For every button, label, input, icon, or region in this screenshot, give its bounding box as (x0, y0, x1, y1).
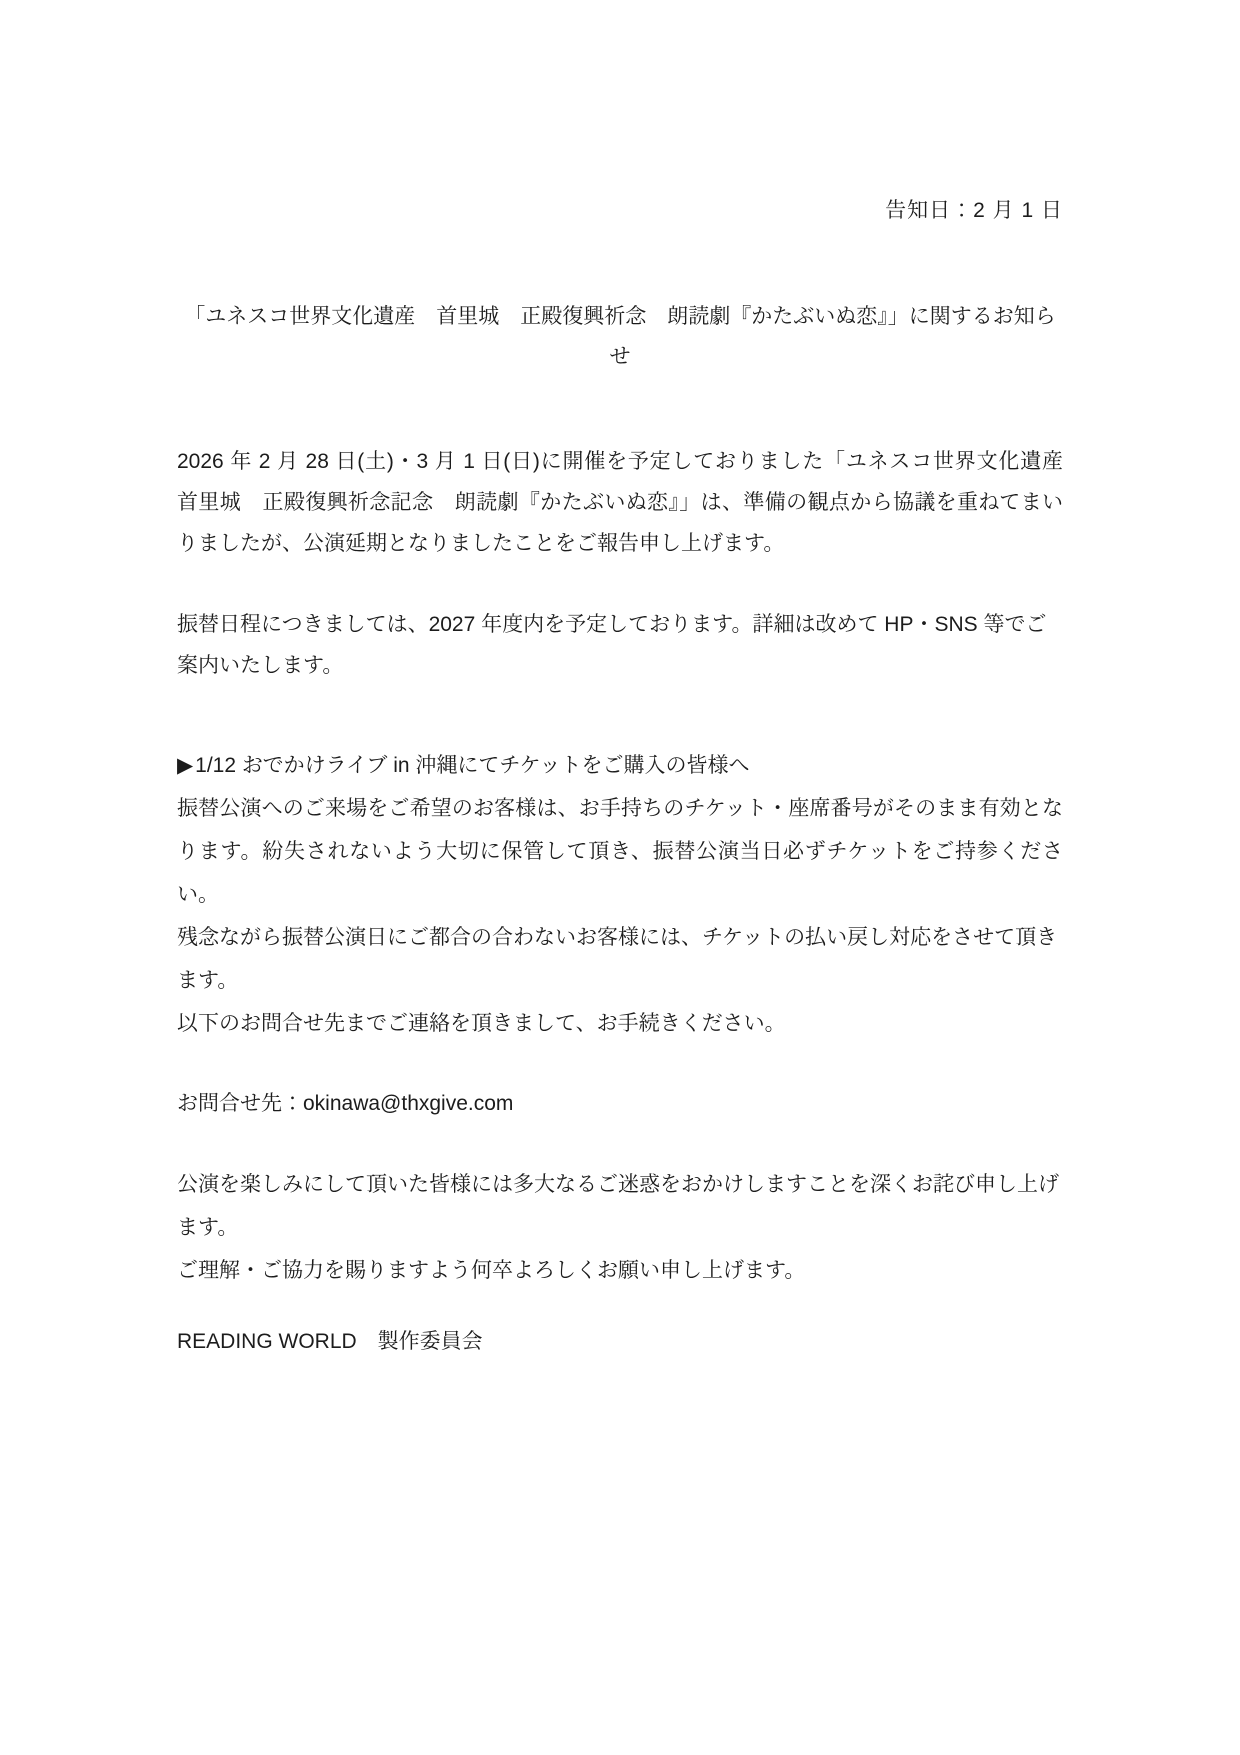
section-heading-text: 1/12 おでかけライブ in 沖縄にてチケットをご購入の皆様へ (195, 754, 749, 777)
contact-label: お問合せ先： (177, 1092, 303, 1115)
paragraph-postponement: 2026 年 2 月 28 日(土)・3 月 1 日(日)に開催を予定しておりま… (177, 441, 1063, 564)
triangle-marker-icon: ▶ (177, 754, 193, 777)
apology-line-1: 公演を楽しみにして頂いた皆様には多大なるご迷惑をおかけしますことを深くお詫び申し… (177, 1163, 1063, 1249)
apology-line-2: ご理解・ご協力を賜りますよう何卒よろしくお願い申し上げます。 (177, 1249, 1063, 1292)
ticket-info-line-validity: 振替公演へのご来場をご希望のお客様は、お手持ちのチケット・座席番号がそのまま有効… (177, 787, 1063, 916)
document-title: 「ユネスコ世界文化遺産 首里城 正殿復興祈念 朗読劇『かたぶいぬ恋』」に関するお… (177, 297, 1063, 377)
section-heading: ▶1/12 おでかけライブ in 沖縄にてチケットをご購入の皆様へ (177, 744, 1063, 787)
contact-email: okinawa@thxgive.com (303, 1092, 513, 1115)
signature: READING WORLD 製作委員会 (177, 1320, 1063, 1363)
paragraph-reschedule: 振替日程につきましては、2027 年度内を予定しております。詳細は改めて HP・… (177, 604, 1063, 686)
announce-date: 告知日：2 月 1 日 (177, 190, 1063, 231)
ticket-info-line-refund: 残念ながら振替公演日にご都合の合わないお客様には、チケットの払い戻し対応をさせて… (177, 916, 1063, 1002)
document-page: 告知日：2 月 1 日 「ユネスコ世界文化遺産 首里城 正殿復興祈念 朗読劇『か… (0, 0, 1240, 1755)
ticket-holders-section: ▶1/12 おでかけライブ in 沖縄にてチケットをご購入の皆様へ 振替公演への… (177, 744, 1063, 1045)
contact-line: お問合せ先：okinawa@thxgive.com (177, 1082, 1063, 1125)
ticket-info-line-procedure: 以下のお問合せ先までご連絡を頂きまして、お手続きください。 (177, 1002, 1063, 1045)
